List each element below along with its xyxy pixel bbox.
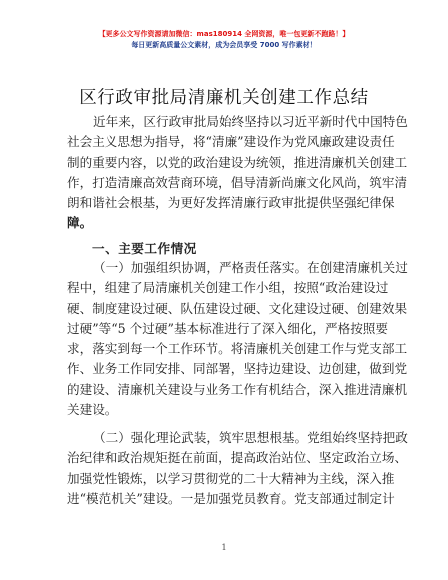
text-line: 的建设、清廉机关建设与业务工作有机结合，深入推进清廉机 — [67, 380, 383, 400]
text-line: 障。 — [67, 213, 383, 233]
text-line: 程中，组建了局清廉机关创建工作小组，按照“政治建设过 — [67, 278, 383, 298]
promo-banner-line-2: 每日更新高质量公文素材，成为会员享受 7000 写作素材！ — [0, 40, 448, 50]
text-line: 治纪律和政治规矩挺在前面，提高政治站位、坚定政治立场、 — [67, 448, 383, 468]
text-line: 硬、制度建设过硬、队伍建设过硬、文化建设过硬、创建效果 — [67, 299, 383, 319]
text-line: （一）加强组织协调，严格责任落实。在创建清廉机关过 — [67, 258, 383, 278]
subsection-1-paragraph: （一）加强组织协调，严格责任落实。在创建清廉机关过 程中，组建了局清廉机关创建工… — [67, 258, 383, 420]
intro-paragraph: 近年来，区行政审批局始终坚持以习近平新时代中国特色 社会主义思想为指导，将“清廉… — [67, 112, 383, 234]
text-line: （二）强化理论武装，筑牢思想根基。党组始终坚持把政 — [67, 428, 383, 448]
text-line: 加强党性锻炼，以学习贯彻党的二十大精神为主线，深入推 — [67, 469, 383, 489]
text-line: 朗和谐社会根基，为更好发挥清廉行政审批提供坚强纪律保 — [67, 193, 383, 213]
text-line: 社会主义思想为指导，将“清廉”建设作为党风廉政建设责任 — [67, 132, 383, 152]
text-line: 关建设。 — [67, 400, 383, 420]
text-line: 作，打造清廉高效营商环境，倡导清新尚廉文化风尚，筑牢清 — [67, 173, 383, 193]
subsection-2-paragraph: （二）强化理论武装，筑牢思想根基。党组始终坚持把政 治纪律和政治规矩挺在前面，提… — [67, 428, 383, 509]
text-line: 制的重要内容，以党的政治建设为统领，推进清廉机关创建工 — [67, 153, 383, 173]
document-title: 区行政审批局清廉机关创建工作总结 — [0, 84, 448, 109]
page-number: 1 — [0, 543, 448, 552]
text-line: 近年来，区行政审批局始终坚持以习近平新时代中国特色 — [67, 112, 383, 132]
promo-banner-line-1: 【更多公文写作资源请加微信：mas180914 全网资源，唯一包更新不跑路！】 — [0, 29, 448, 39]
text-line: 作、业务工作同安排、同部署，坚持边建设、边创建，做到党 — [67, 359, 383, 379]
text-line: 过硬”等“5 个过硬”基本标准进行了深入细化，严格按照要 — [67, 319, 383, 339]
text-line: 求，落实到每一个工作环节。将清廉机关创建工作与党支部工 — [67, 339, 383, 359]
document-page: 【更多公文写作资源请加微信：mas180914 全网资源，唯一包更新不跑路！】 … — [0, 0, 448, 580]
text-line: 进“模范机关”建设。一是加强党员教育。党支部通过制定计 — [67, 489, 383, 509]
section-heading: 一、主要工作情况 — [92, 238, 197, 257]
